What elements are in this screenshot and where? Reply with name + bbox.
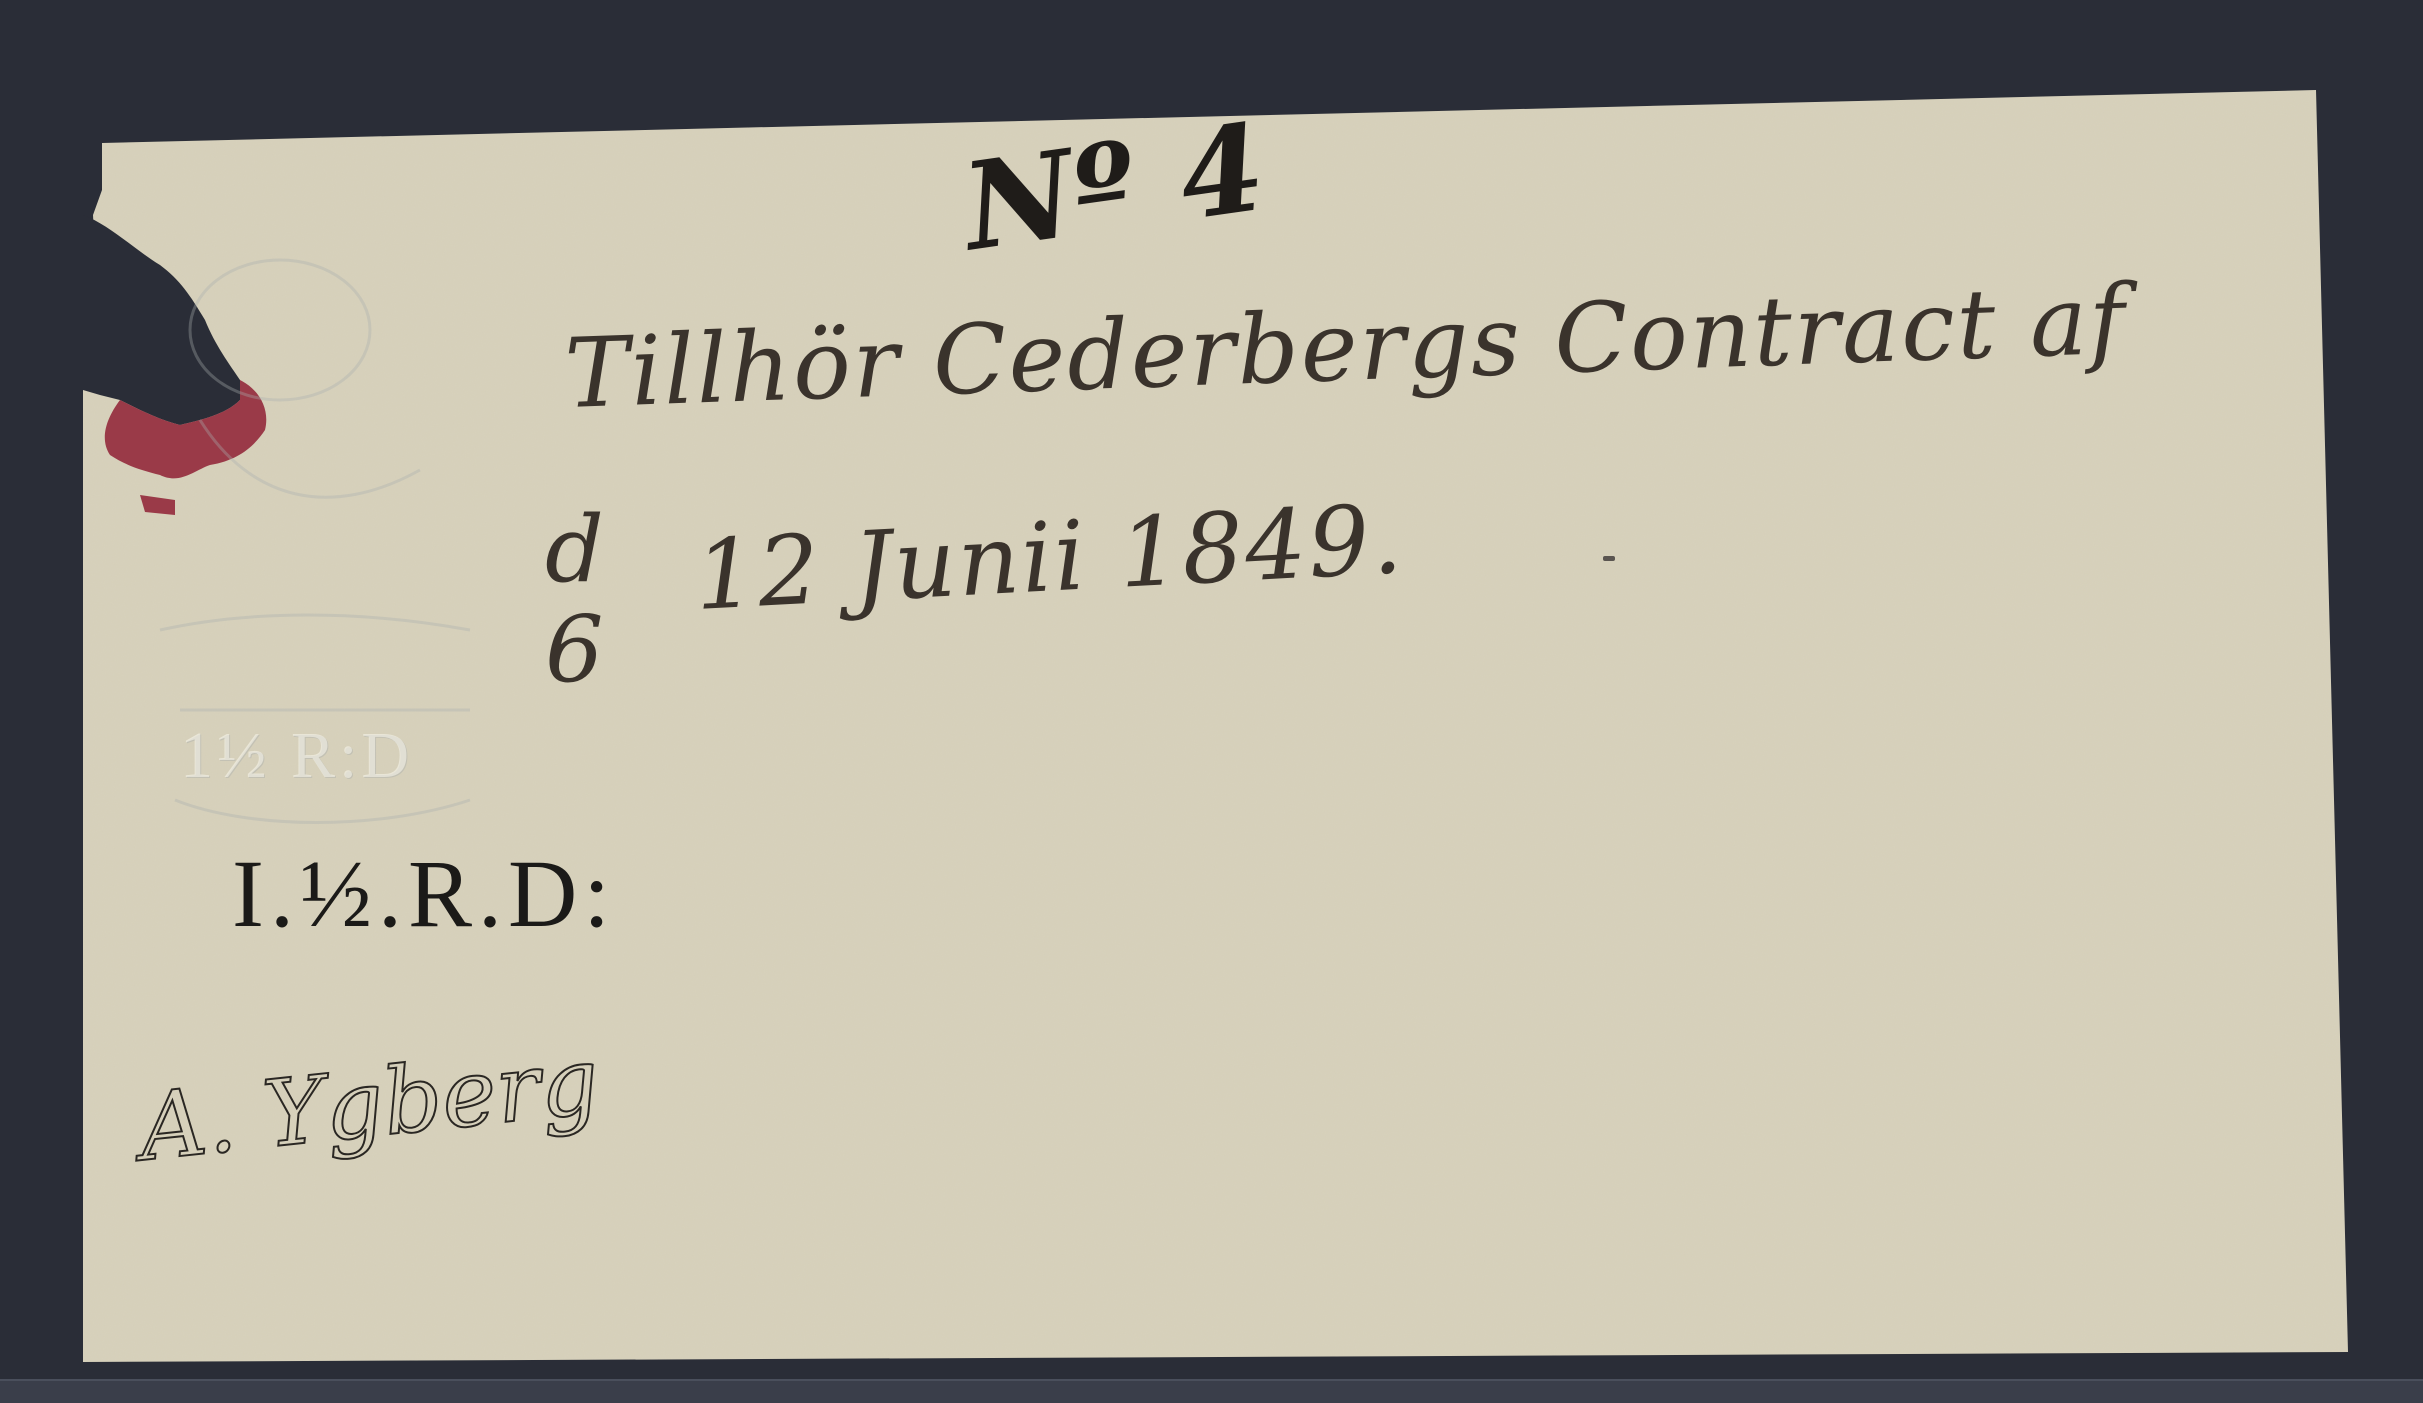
ink-dot bbox=[1603, 556, 1615, 561]
date-prefix-6: 6 bbox=[545, 600, 606, 700]
printed-stamp: I.½.R.D: bbox=[232, 838, 616, 949]
document-paper: 1½ R:D Nº 4 Tillhör Cederbergs Contract … bbox=[0, 0, 2423, 1403]
embossed-stamp: 1½ R:D bbox=[180, 718, 413, 794]
date-prefix: d 6 bbox=[545, 500, 606, 700]
mount-edge bbox=[0, 1379, 2423, 1403]
date-prefix-d: d bbox=[545, 500, 606, 600]
